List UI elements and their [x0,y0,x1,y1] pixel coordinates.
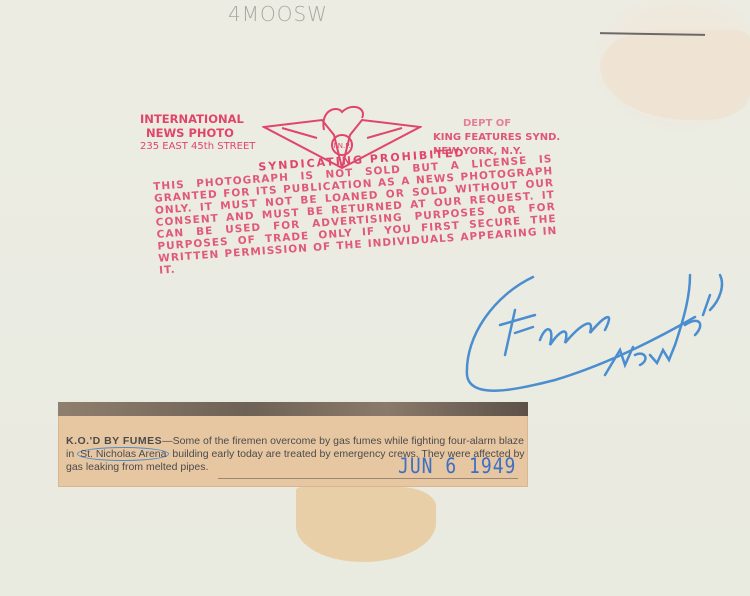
svg-text:I.N.P.: I.N.P. [333,142,350,150]
newspaper-clipping: K.O.'D BY FUMES—Some of the firemen over… [58,402,528,487]
clipping-headline: K.O.'D BY FUMES [66,435,162,447]
date-stamp: JUN 6 1949 [398,454,516,479]
pencil-catalog-note: 4MOOSW [228,2,328,26]
clipping-rule [218,478,518,479]
stamp-line: 235 EAST 45th STREET [140,140,255,154]
circled-location: St. Nicholas Arena [77,447,169,461]
stamp-line: NEWS PHOTO [146,126,255,140]
stamp-line: DEPT OF [463,117,560,131]
blue-pencil-signature: Fires New York [455,255,745,405]
clipping-photo-edge [58,402,528,416]
stamp-agency-address: INTERNATIONAL NEWS PHOTO 235 EAST 45th S… [140,112,255,154]
stamp-line: INTERNATIONAL [140,112,255,126]
